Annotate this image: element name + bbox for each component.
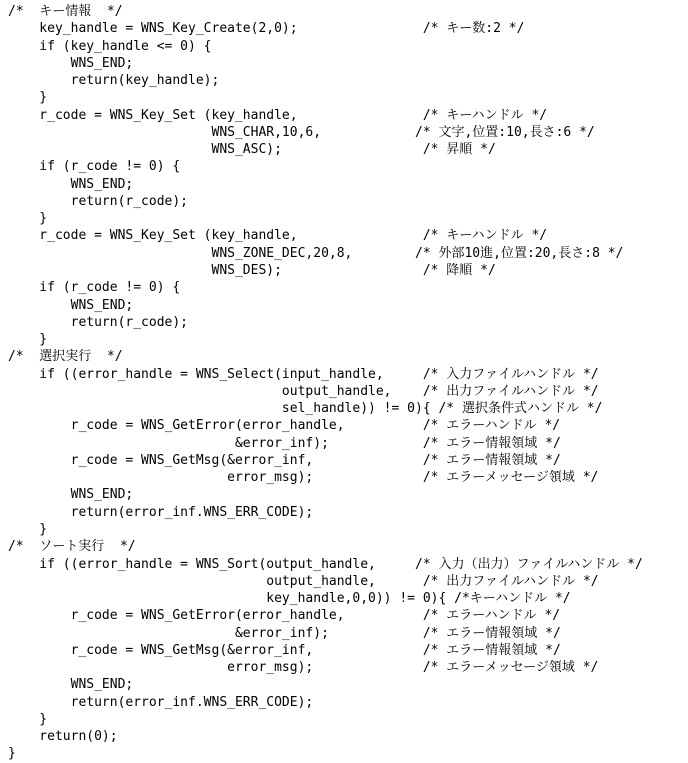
code-line: &error_inf); /* エラー情報領域 */ <box>8 625 688 642</box>
code-line: WNS_END; <box>8 176 688 193</box>
code-line: r_code = WNS_GetError(error_handle, /* エ… <box>8 607 688 624</box>
code-line: r_code = WNS_GetMsg(&error_inf, /* エラー情報… <box>8 642 688 659</box>
code-line: output_handle, /* 出力ファイルハンドル */ <box>8 573 688 590</box>
code-line: r_code = WNS_GetError(error_handle, /* エ… <box>8 417 688 434</box>
code-line: return(r_code); <box>8 314 688 331</box>
code-line: if ((error_handle = WNS_Sort(output_hand… <box>8 556 688 573</box>
code-line: } <box>8 210 688 227</box>
code-line: WNS_END; <box>8 297 688 314</box>
code-line: } <box>8 745 688 762</box>
code-line: WNS_CHAR,10,6, /* 文字,位置:10,長さ:6 */ <box>8 124 688 141</box>
code-line: } <box>8 711 688 728</box>
code-line: if (r_code != 0) { <box>8 279 688 296</box>
code-line: /* ソート実行 */ <box>8 538 688 555</box>
code-line: /* 選択実行 */ <box>8 348 688 365</box>
code-listing: /* キー情報 */ key_handle = WNS_Key_Create(2… <box>0 0 688 763</box>
code-line: error_msg); /* エラーメッセージ領域 */ <box>8 659 688 676</box>
code-line: return(r_code); <box>8 193 688 210</box>
code-line: return(key_handle); <box>8 72 688 89</box>
code-line: output_handle, /* 出力ファイルハンドル */ <box>8 383 688 400</box>
code-line: error_msg); /* エラーメッセージ領域 */ <box>8 469 688 486</box>
code-line: WNS_DES); /* 降順 */ <box>8 262 688 279</box>
code-line: WNS_END; <box>8 486 688 503</box>
code-line: r_code = WNS_Key_Set (key_handle, /* キーハ… <box>8 227 688 244</box>
code-line: r_code = WNS_GetMsg(&error_inf, /* エラー情報… <box>8 452 688 469</box>
code-line: } <box>8 89 688 106</box>
code-line: &error_inf); /* エラー情報領域 */ <box>8 435 688 452</box>
code-line: WNS_ASC); /* 昇順 */ <box>8 141 688 158</box>
code-line: if ((error_handle = WNS_Select(input_han… <box>8 366 688 383</box>
code-line: WNS_END; <box>8 676 688 693</box>
code-line: return(error_inf.WNS_ERR_CODE); <box>8 504 688 521</box>
code-line: WNS_END; <box>8 55 688 72</box>
code-line: } <box>8 521 688 538</box>
code-line: return(error_inf.WNS_ERR_CODE); <box>8 694 688 711</box>
code-line: sel_handle)) != 0){ /* 選択条件式ハンドル */ <box>8 400 688 417</box>
code-line: return(0); <box>8 728 688 745</box>
code-line: key_handle,0,0)) != 0){ /*キーハンドル */ <box>8 590 688 607</box>
code-line: if (r_code != 0) { <box>8 158 688 175</box>
code-line: key_handle = WNS_Key_Create(2,0); /* キー数… <box>8 20 688 37</box>
code-line: if (key_handle <= 0) { <box>8 38 688 55</box>
code-line: /* キー情報 */ <box>8 3 688 20</box>
code-line: WNS_ZONE_DEC,20,8, /* 外部10進,位置:20,長さ:8 *… <box>8 245 688 262</box>
code-line: } <box>8 331 688 348</box>
code-line: r_code = WNS_Key_Set (key_handle, /* キーハ… <box>8 107 688 124</box>
